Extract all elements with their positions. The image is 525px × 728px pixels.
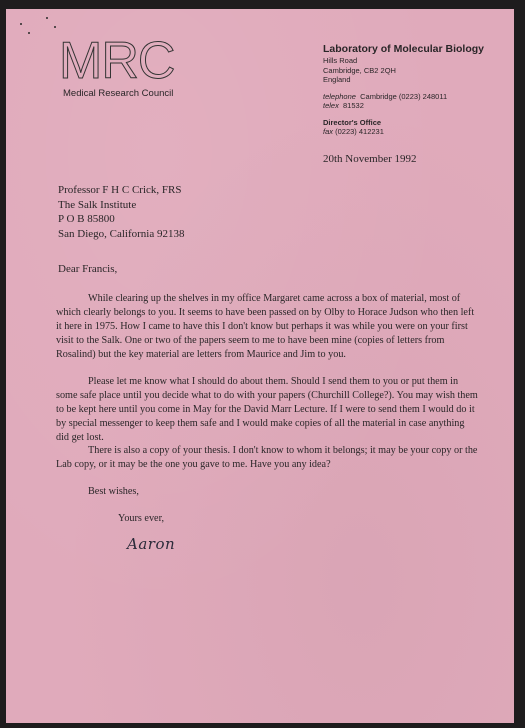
organization-name: Medical Research Council <box>63 88 173 99</box>
handwritten-signature: Aaron <box>127 535 175 553</box>
salutation: Dear Francis, <box>58 263 117 275</box>
fax-label: fax <box>323 127 333 136</box>
telephone-value: Cambridge (0223) 248011 <box>360 92 447 101</box>
recipient-address: Professor F H C Crick, FRS The Salk Inst… <box>58 183 184 241</box>
paper-speck <box>28 32 30 34</box>
recipient-line: Professor F H C Crick, FRS <box>58 183 184 198</box>
telex-line: telex 81532 <box>323 101 484 111</box>
fax-line: fax (0223) 412231 <box>323 127 484 137</box>
paper-speck <box>20 23 22 25</box>
paragraph: There is also a copy of your thesis. I d… <box>56 444 480 472</box>
paragraph-text: There is also a copy of your thesis. I d… <box>56 444 480 472</box>
address-line: Cambridge, CB2 2QH <box>323 66 484 76</box>
paragraph: Please let me know what I should do abou… <box>56 375 480 445</box>
laboratory-name: Laboratory of Molecular Biology <box>323 43 484 56</box>
letter-date: 20th November 1992 <box>323 153 416 165</box>
mrc-logo: MRC <box>59 37 174 85</box>
recipient-line: The Salk Institute <box>58 198 184 213</box>
paper-speck <box>46 17 48 19</box>
paragraph-text: Please let me know what I should do abou… <box>56 375 480 445</box>
recipient-line: P O B 85800 <box>58 212 184 227</box>
office-name: Director's Office <box>323 118 484 128</box>
signoff: Yours ever, <box>118 513 164 524</box>
fax-value: (0223) 412231 <box>335 127 384 136</box>
paragraph-text: While clearing up the shelves in my offi… <box>56 292 480 362</box>
telephone-label: telephone <box>323 92 356 101</box>
closing: Best wishes, <box>88 486 139 497</box>
recipient-line: San Diego, California 92138 <box>58 227 184 242</box>
paper-speck <box>54 26 56 28</box>
telex-value: 81532 <box>343 101 364 110</box>
telephone-line: telephone Cambridge (0223) 248011 <box>323 92 484 102</box>
address-line: Hills Road <box>323 56 484 66</box>
paragraph: While clearing up the shelves in my offi… <box>56 292 480 362</box>
letterhead-address-block: Laboratory of Molecular Biology Hills Ro… <box>323 43 484 137</box>
address-line: England <box>323 75 484 85</box>
telex-label: telex <box>323 101 339 110</box>
